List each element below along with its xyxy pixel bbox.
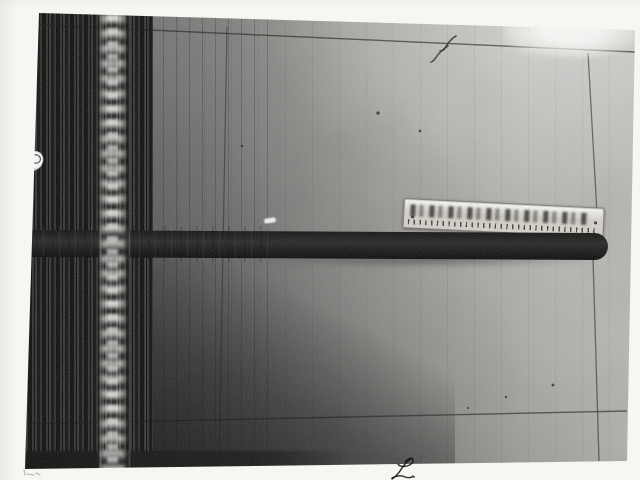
handwriting-dot (413, 476, 415, 478)
page (0, 0, 640, 480)
handwritten-initials (392, 458, 415, 479)
faint-stroke (27, 474, 34, 475)
faint-stroke (24, 470, 25, 475)
margin-annotations (0, 0, 640, 480)
handwriting-stroke (392, 476, 413, 478)
faint-stroke (36, 473, 40, 475)
faint-pen-mark (24, 470, 40, 475)
